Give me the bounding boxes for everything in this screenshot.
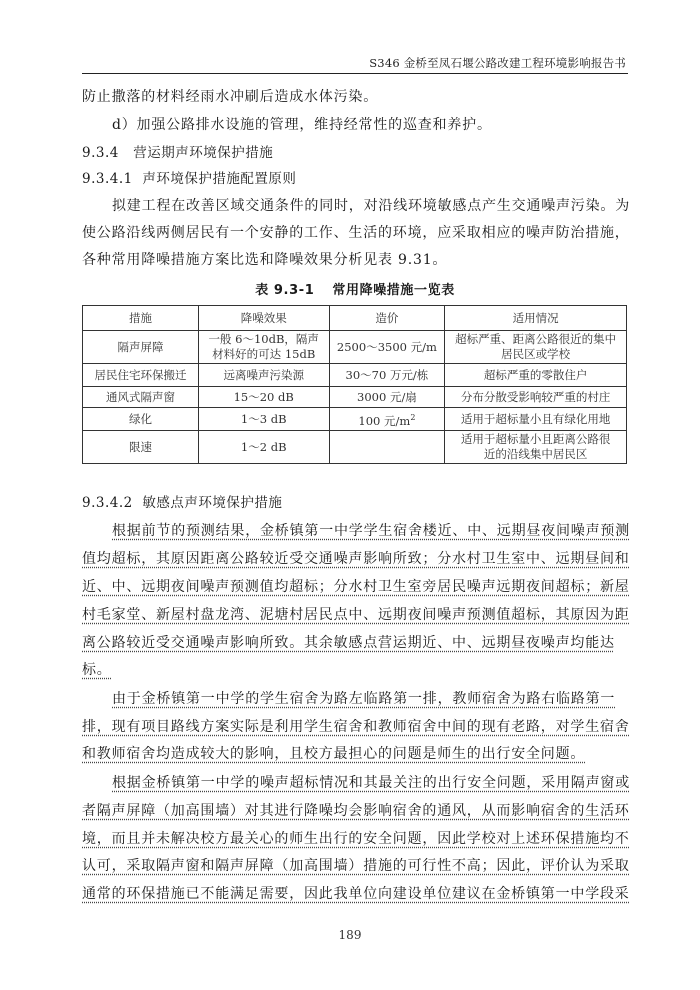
cell-use: 适用于超标量小且距离公路很近的沿线集中居民区 bbox=[445, 431, 627, 464]
section-heading-9-3-4-2: 9.3.4.2 敏感点声环境保护措施 bbox=[82, 494, 628, 512]
paragraph-line: 根据前节的预测结果，金桥镇第一中学学生宿舍楼近、中、远期昼夜间噪声预测 bbox=[112, 523, 630, 539]
table-row: 居民住宅环保搬迁 远离噪声污染源 30～70 万元/栋 超标严重的零散住户 bbox=[83, 364, 627, 387]
cell-cost: 100 元/m2 bbox=[329, 408, 445, 431]
section-title: 敏感点声环境保护措施 bbox=[142, 495, 282, 511]
table-number: 表 9.3-1 bbox=[255, 283, 314, 298]
section-number: 9.3.4.1 bbox=[82, 171, 133, 187]
section-title: 声环境保护措施配置原则 bbox=[142, 171, 296, 187]
noise-measures-table: 措施 降噪效果 造价 适用情况 隔声屏障 一般 6～10dB，隔声材料好的可达 … bbox=[82, 305, 627, 464]
cell-measure: 限速 bbox=[83, 431, 199, 464]
cell-use: 超标严重、距离公路很近的集中居民区或学校 bbox=[445, 331, 627, 364]
cell-effect: 1～3 dB bbox=[198, 408, 329, 431]
paragraph-line: 通常的环保措施已不能满足需要，因此我单位向建设单位建议在金桥镇第一中学段采 bbox=[82, 886, 630, 902]
cell-use: 适用于超标量小且有绿化用地 bbox=[445, 408, 627, 431]
paragraph-line: 根据金桥镇第一中学的噪声超标情况和其最关注的出行安全问题，采用隔声窗或 bbox=[112, 775, 630, 791]
paragraph-line: 和教师宿舍均造成较大的影响，且校方最担心的问题是师生的出行安全问题。 bbox=[82, 746, 585, 762]
table-row: 通风式隔声窗 15～20 dB 3000 元/扇 分布分散受影响较严重的村庄 bbox=[83, 387, 627, 408]
cell-effect: 15～20 dB bbox=[198, 387, 329, 408]
table-caption: 表 9.3-1常用降噪措施一览表 bbox=[82, 279, 628, 298]
section-number: 9.3.4.2 bbox=[82, 495, 133, 511]
paragraph-line: 近、中、远期夜间噪声预测值均超标；分水村卫生室旁居民噪声远期夜间超标；新屋 bbox=[82, 579, 630, 595]
cell-use: 超标严重的零散住户 bbox=[445, 364, 627, 387]
text-line: 防止撒落的材料经雨水冲刷后造成水体污染。 bbox=[82, 88, 628, 106]
document-title: S346 金桥至凤石堰公路改建工程环境影响报告书 bbox=[369, 55, 626, 71]
cell-cost: 2500～3500 元/m bbox=[329, 331, 445, 364]
section-heading-9-3-4-1: 9.3.4.1 声环境保护措施配置原则 bbox=[82, 170, 628, 188]
table-header-row: 措施 降噪效果 造价 适用情况 bbox=[83, 306, 627, 331]
section-heading-9-3-4: 9.3.4 营运期声环境保护措施 bbox=[82, 144, 628, 162]
table-row: 限速 1～2 dB 适用于超标量小且距离公路很近的沿线集中居民区 bbox=[83, 431, 627, 464]
paragraph-line: 离公路较近受交通噪声影响所致。其余敏感点营运期近、中、远期昼夜噪声均能达 bbox=[82, 635, 615, 651]
column-header: 措施 bbox=[83, 306, 199, 331]
column-header: 降噪效果 bbox=[198, 306, 329, 331]
cell-measure: 居民住宅环保搬迁 bbox=[83, 364, 199, 387]
paragraph-line: 由于金桥镇第一中学的学生宿舍为路左临路第一排，教师宿舍为路右临路第一 bbox=[112, 691, 615, 707]
table-title: 常用降噪措施一览表 bbox=[332, 283, 454, 298]
column-header: 造价 bbox=[329, 306, 445, 331]
cell-cost: 3000 元/扇 bbox=[329, 387, 445, 408]
paragraph-line: 境，而且并未解决校方最关心的师生出行的安全问题，因此学校对上述环保措施均不 bbox=[82, 831, 630, 847]
cell-use: 分布分散受影响较严重的村庄 bbox=[445, 387, 627, 408]
paragraph-line: 各种常用降噪措施方案比选和降噪效果分析见表 9.31。 bbox=[82, 251, 628, 269]
paragraph-line: 排，现有项目路线方案实际是利用学生宿舍和教师宿舍中间的现有老路，对学生宿舍 bbox=[82, 719, 630, 735]
paragraph-line: 标。 bbox=[82, 662, 112, 678]
paragraph-line: 认可，采取隔声窗和隔声屏障（加高围墙）措施的可行性不高；因此，评价认为采取 bbox=[82, 858, 630, 874]
cell-cost: 30～70 万元/栋 bbox=[329, 364, 445, 387]
paragraph-line: 拟建工程在改善区域交通条件的同时，对沿线环境敏感点产生交通噪声污染。为 bbox=[112, 197, 658, 215]
page-number: 189 bbox=[0, 928, 700, 942]
paragraph-line: 使公路沿线两侧居民有一个安静的工作、生活的环境，应采取相应的噪声防治措施， bbox=[82, 224, 628, 242]
cell-measure: 通风式隔声窗 bbox=[83, 387, 199, 408]
paragraph-line: 值均超标，其原因距离公路较近受交通噪声影响所致；分水村卫生室中、远期昼间和 bbox=[82, 551, 630, 567]
cell-effect: 远离噪声污染源 bbox=[198, 364, 329, 387]
table-row: 绿化 1～3 dB 100 元/m2 适用于超标量小且有绿化用地 bbox=[83, 408, 627, 431]
page-header: S346 金桥至凤石堰公路改建工程环境影响报告书 bbox=[82, 54, 628, 74]
cell-measure: 隔声屏障 bbox=[83, 331, 199, 364]
cell-effect: 一般 6～10dB，隔声材料好的可达 15dB bbox=[198, 331, 329, 364]
paragraph-line: 村毛家堂、新屋村盘龙湾、泥塘村居民点中、远期夜间噪声预测值超标，其原因为距 bbox=[82, 607, 630, 623]
section-number: 9.3.4 bbox=[82, 145, 119, 161]
cell-cost bbox=[329, 431, 445, 464]
list-item-d: d）加强公路排水设施的管理，维持经常性的巡查和养护。 bbox=[112, 116, 658, 134]
cell-measure: 绿化 bbox=[83, 408, 199, 431]
table-row: 隔声屏障 一般 6～10dB，隔声材料好的可达 15dB 2500～3500 元… bbox=[83, 331, 627, 364]
cell-effect: 1～2 dB bbox=[198, 431, 329, 464]
paragraph-line: 者隔声屏障（加高围墙）对其进行降噪均会影响宿舍的通风，从而影响宿舍的生活环 bbox=[82, 803, 630, 819]
section-title: 营运期声环境保护措施 bbox=[133, 145, 273, 161]
column-header: 适用情况 bbox=[445, 306, 627, 331]
